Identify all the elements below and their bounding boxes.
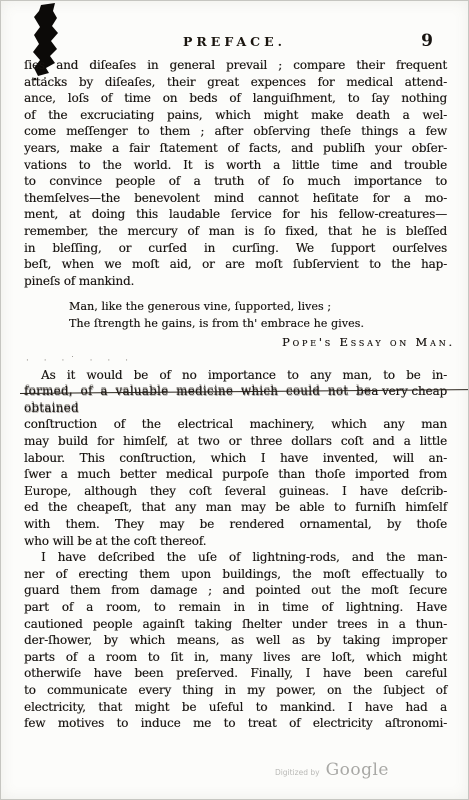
text-line: guard them from damage ; and pointed out… — [24, 582, 447, 599]
smudge-dots-artifact: · · ·˙ · · · — [26, 353, 447, 363]
text-line: beſt, when we moſt aid, or are moſt ſubſ… — [24, 256, 447, 273]
page-header-title: PREFACE. — [1, 34, 468, 49]
text-line: who will be at the coſt thereof. — [24, 533, 447, 550]
text-line: years, make a fair ſtatement of facts, a… — [24, 140, 447, 157]
text-line: ſwer a much better medical purpoſe than … — [24, 466, 447, 483]
page-number: 9 — [421, 31, 433, 51]
paragraph-2: As it would be of no importance to any m… — [24, 367, 447, 550]
text-line: electricity, that might be uſeful to man… — [24, 699, 447, 716]
text-line: to convince people of a truth of ſo much… — [24, 173, 447, 190]
damaged-overprinted-line: formed, of a valuable medicine which cou… — [24, 383, 447, 416]
text-line: few motives to induce me to treat of ele… — [24, 715, 447, 732]
body-text: ſies and diſeaſes in general prevail ; c… — [24, 57, 447, 732]
text-line: Europe, although they coſt ſeveral guine… — [24, 483, 447, 500]
text-line: themſelves—the benevolent mind cannot he… — [24, 190, 447, 207]
running-header: PREFACE. 9 — [1, 34, 468, 58]
text-line: I have deſcribed the uſe of lightning-ro… — [24, 549, 447, 566]
text-line: with them. They may be rendered ornament… — [24, 516, 447, 533]
book-page-scan: PREFACE. 9 ſies and diſeaſes in general … — [0, 0, 469, 800]
text-line: ment, at doing this laudable ſervice for… — [24, 206, 447, 223]
text-line: ance, loſs of time on beds of languiſhme… — [24, 90, 447, 107]
text-line: As it would be of no importance to any m… — [24, 367, 447, 384]
text-line: ſies and diſeaſes in general prevail ; c… — [24, 57, 447, 74]
verse-quote: Man, like the generous vine, ſupported, … — [69, 299, 447, 350]
struck-text: formed, of a valuable medicine which cou… — [24, 383, 371, 416]
text-line: may build for himſelf, at two or three d… — [24, 433, 447, 450]
text-line: come meſſenger to them ; after obſerving… — [24, 123, 447, 140]
text-line: cautioned people againſt taking ſhelter … — [24, 616, 447, 633]
text-line: vations to the world. It is worth a litt… — [24, 157, 447, 174]
text-line: attacks by diſeaſes, their great expence… — [24, 74, 447, 91]
clear-tail-text: a very cheap — [371, 383, 447, 400]
text-line: of the excruciating pains, which might m… — [24, 107, 447, 124]
text-line: ed the cheapeſt, that any man may be abl… — [24, 499, 447, 516]
google-watermark: Digitized by Google — [275, 760, 389, 780]
digitized-by-label: Digitized by — [275, 768, 320, 777]
paragraph-1: ſies and diſeaſes in general prevail ; c… — [24, 57, 447, 289]
text-line: pineſs of mankind. — [24, 273, 447, 290]
google-logo: Google — [326, 760, 389, 780]
text-line: in bleſſing, or curſed in curſing. We ſu… — [24, 240, 447, 257]
paragraph-3: I have deſcribed the uſe of lightning-ro… — [24, 549, 447, 732]
verse-line-2: The ſtrength he gains, is from th' embra… — [69, 316, 447, 333]
text-line: conſtruction of the electrical machinery… — [24, 416, 447, 433]
text-line: der-ſhower, by which means, as well as b… — [24, 632, 447, 649]
text-line: otherwiſe have been preſerved. Finally, … — [24, 665, 447, 682]
text-line: parts of a room to ſit in, many lives ar… — [24, 649, 447, 666]
text-line: to communicate every thing in my power, … — [24, 682, 447, 699]
text-line: ner of erecting them upon buildings, the… — [24, 566, 447, 583]
text-line: remember, the mercury of man is ſo fixed… — [24, 223, 447, 240]
verse-line-1: Man, like the generous vine, ſupported, … — [69, 299, 447, 316]
quote-attribution: Pope's Essay on Man. — [282, 334, 447, 351]
paragraph-2-continued: conſtruction of the electrical machinery… — [24, 416, 447, 549]
text-line: part of a room, to remain in in time of … — [24, 599, 447, 616]
text-line: labour. This conſtruction, which I have … — [24, 450, 447, 467]
